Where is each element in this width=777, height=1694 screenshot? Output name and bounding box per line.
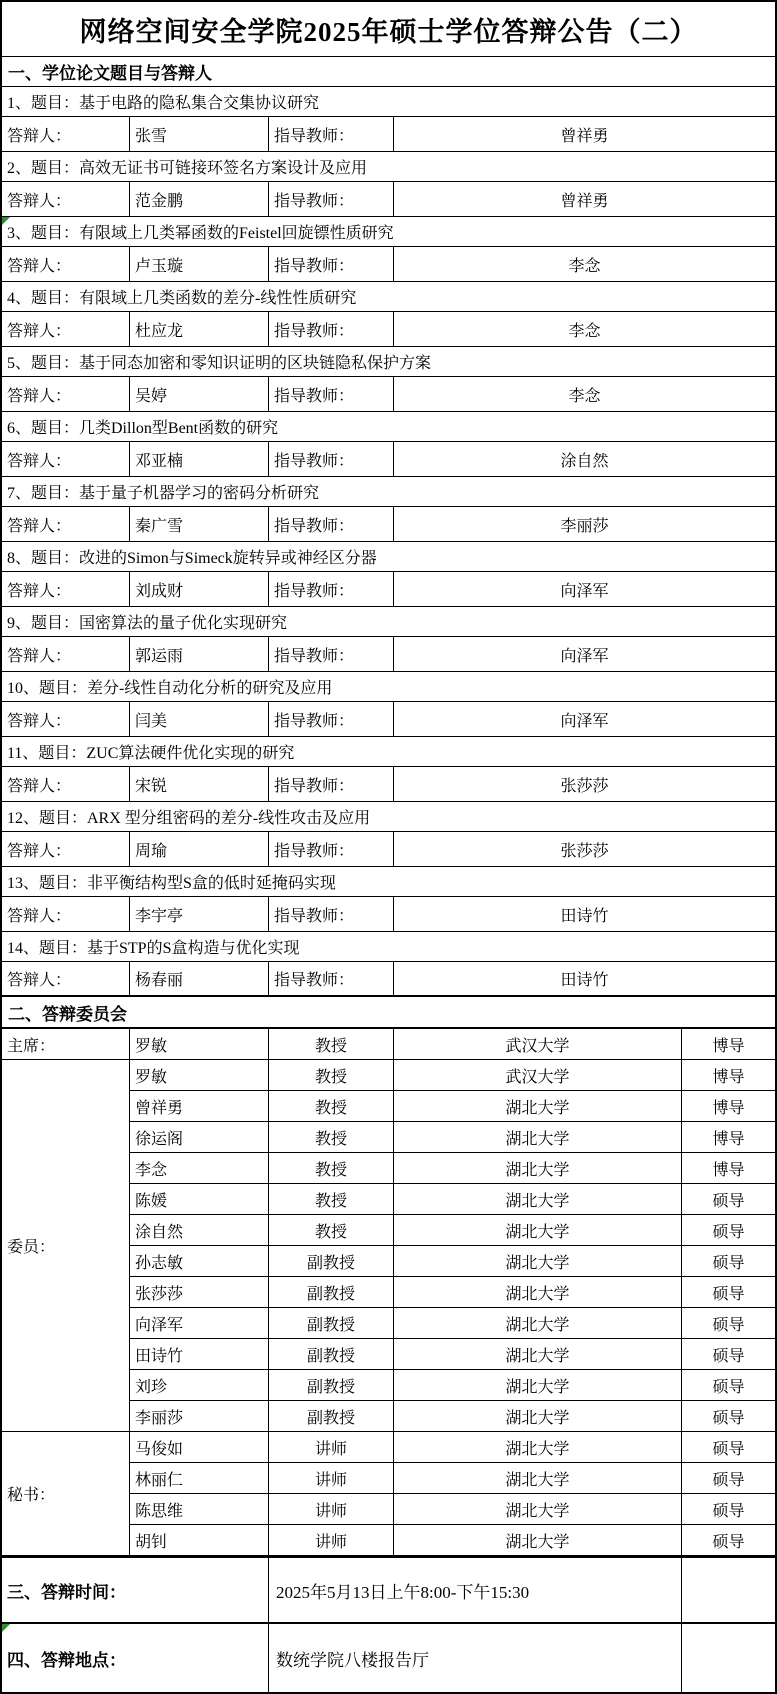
- committee-university: 湖北大学: [394, 1246, 682, 1277]
- committee-title: 讲师: [269, 1432, 394, 1463]
- advisor-name: 田诗竹: [394, 897, 775, 931]
- advisor-name: 李念: [394, 312, 775, 346]
- defender-label: 答辩人：: [2, 442, 130, 476]
- committee-name: 陈媛: [130, 1184, 269, 1215]
- defense-location-value: 数统学院八楼报告厅: [269, 1624, 682, 1692]
- defender-name: 李宇亭: [130, 897, 269, 931]
- committee-title: 教授: [269, 1153, 394, 1184]
- committee-mentor: 博导: [682, 1122, 775, 1153]
- advisor-name: 张莎莎: [394, 832, 775, 866]
- committee-university: 武汉大学: [394, 1060, 682, 1091]
- committee-university: 湖北大学: [394, 1153, 682, 1184]
- defender-name: 张雪: [130, 117, 269, 151]
- thesis-title: 7、题目：基于量子机器学习的密码分析研究: [2, 480, 319, 503]
- section2-header: 二、答辩委员会: [2, 997, 775, 1029]
- defense-location-label: 四、答辩地点：: [2, 1624, 269, 1692]
- committee-title: 副教授: [269, 1277, 394, 1308]
- committee-university: 湖北大学: [394, 1339, 682, 1370]
- defender-label: 答辩人：: [2, 312, 130, 346]
- section1-header: 一、学位论文题目与答辩人: [2, 57, 775, 87]
- committee-mentor: 博导: [682, 1091, 775, 1122]
- thesis-title-row: 1、题目：基于电路的隐私集合交集协议研究: [2, 87, 775, 117]
- defender-name: 范金鹏: [130, 182, 269, 216]
- committee-university: 湖北大学: [394, 1184, 682, 1215]
- thesis-title-row: 14、题目：基于STP的S盒构造与优化实现: [2, 932, 775, 962]
- advisor-label: 指导教师：: [269, 897, 394, 931]
- defender-label: 答辩人：: [2, 182, 130, 216]
- defender-label: 答辩人：: [2, 117, 130, 151]
- advisor-label: 指导教师：: [269, 767, 394, 801]
- thesis-title: 9、题目：国密算法的量子优化实现研究: [2, 610, 287, 633]
- committee-title: 教授: [269, 1215, 394, 1246]
- thesis-title-row: 8、题目：改进的Simon与Simeck旋转异或神经区分器: [2, 542, 775, 572]
- thesis-title: 10、题目：差分-线性自动化分析的研究及应用: [2, 675, 332, 698]
- committee-mentor: 硕导: [682, 1525, 775, 1556]
- thesis-title: 2、题目：高效无证书可链接环签名方案设计及应用: [2, 155, 367, 178]
- defender-row: 答辩人：范金鹏指导教师：曾祥勇: [2, 182, 775, 217]
- defender-label: 答辩人：: [2, 507, 130, 541]
- cell-flag-icon: [2, 1624, 10, 1632]
- defender-name: 秦广雪: [130, 507, 269, 541]
- thesis-entries: 1、题目：基于电路的隐私集合交集协议研究答辩人：张雪指导教师：曾祥勇2、题目：高…: [2, 87, 775, 997]
- thesis-title-row: 13、题目：非平衡结构型S盒的低时延掩码实现: [2, 867, 775, 897]
- committee-title: 副教授: [269, 1246, 394, 1277]
- committee-title: 副教授: [269, 1370, 394, 1401]
- thesis-title-row: 5、题目：基于同态加密和零知识证明的区块链隐私保护方案: [2, 347, 775, 377]
- thesis-title-row: 6、题目：几类Dillon型Bent函数的研究: [2, 412, 775, 442]
- defender-label: 答辩人：: [2, 962, 130, 995]
- thesis-title: 12、题目：ARX 型分组密码的差分-线性攻击及应用: [2, 805, 370, 828]
- defender-name: 刘成财: [130, 572, 269, 606]
- defense-time-label: 三、答辩时间：: [2, 1558, 269, 1622]
- thesis-title: 3、题目：有限域上几类幂函数的Feistel回旋镖性质研究: [2, 220, 394, 243]
- committee-name: 林丽仁: [130, 1463, 269, 1494]
- committee-mentor: 硕导: [682, 1432, 775, 1463]
- committee-university: 武汉大学: [394, 1029, 682, 1060]
- thesis-title-row: 3、题目：有限域上几类幂函数的Feistel回旋镖性质研究: [2, 217, 775, 247]
- committee-university: 湖北大学: [394, 1463, 682, 1494]
- advisor-label: 指导教师：: [269, 572, 394, 606]
- defender-name: 宋锐: [130, 767, 269, 801]
- defender-row: 答辩人：郭运雨指导教师：向泽军: [2, 637, 775, 672]
- committee-title: 副教授: [269, 1308, 394, 1339]
- committee-name: 涂自然: [130, 1215, 269, 1246]
- advisor-name: 李念: [394, 377, 775, 411]
- defender-row: 答辩人：张雪指导教师：曾祥勇: [2, 117, 775, 152]
- defense-time-row: 三、答辩时间： 2025年5月13日上午8:00-下午15:30: [2, 1556, 775, 1624]
- advisor-label: 指导教师：: [269, 312, 394, 346]
- committee-title: 讲师: [269, 1494, 394, 1525]
- defender-row: 答辩人：卢玉璇指导教师：李念: [2, 247, 775, 282]
- defender-row: 答辩人：周瑜指导教师：张莎莎: [2, 832, 775, 867]
- defender-label: 答辩人：: [2, 767, 130, 801]
- committee-university: 湖北大学: [394, 1215, 682, 1246]
- committee-title: 教授: [269, 1122, 394, 1153]
- defender-row: 答辩人：刘成财指导教师：向泽军: [2, 572, 775, 607]
- committee-university: 湖北大学: [394, 1091, 682, 1122]
- defender-name: 闫美: [130, 702, 269, 736]
- committee-university: 湖北大学: [394, 1432, 682, 1463]
- advisor-name: 曾祥勇: [394, 182, 775, 216]
- cell-flag-icon: [2, 217, 10, 225]
- advisor-label: 指导教师：: [269, 442, 394, 476]
- advisor-name: 李念: [394, 247, 775, 281]
- advisor-label: 指导教师：: [269, 182, 394, 216]
- advisor-label: 指导教师：: [269, 832, 394, 866]
- committee-mentor: 硕导: [682, 1339, 775, 1370]
- defender-label: 答辩人：: [2, 832, 130, 866]
- advisor-label: 指导教师：: [269, 247, 394, 281]
- committee-name: 曾祥勇: [130, 1091, 269, 1122]
- defender-label: 答辩人：: [2, 247, 130, 281]
- committee-university: 湖北大学: [394, 1370, 682, 1401]
- committee-name: 田诗竹: [130, 1339, 269, 1370]
- committee-title: 副教授: [269, 1401, 394, 1432]
- committee-mentor: 硕导: [682, 1246, 775, 1277]
- advisor-name: 田诗竹: [394, 962, 775, 995]
- committee-mentor: 博导: [682, 1060, 775, 1091]
- advisor-label: 指导教师：: [269, 702, 394, 736]
- defender-label: 答辩人：: [2, 377, 130, 411]
- committee-name: 胡钊: [130, 1525, 269, 1556]
- committee-university: 湖北大学: [394, 1308, 682, 1339]
- committee-university: 湖北大学: [394, 1525, 682, 1556]
- defender-label: 答辩人：: [2, 897, 130, 931]
- announcement-table: 网络空间安全学院2025年硕士学位答辩公告（二） 一、学位论文题目与答辩人 1、…: [0, 0, 777, 1694]
- defender-row: 答辩人：秦广雪指导教师：李丽莎: [2, 507, 775, 542]
- advisor-label: 指导教师：: [269, 377, 394, 411]
- advisor-label: 指导教师：: [269, 117, 394, 151]
- thesis-title-row: 12、题目：ARX 型分组密码的差分-线性攻击及应用: [2, 802, 775, 832]
- committee-university: 湖北大学: [394, 1277, 682, 1308]
- defender-label: 答辩人：: [2, 637, 130, 671]
- advisor-label: 指导教师：: [269, 637, 394, 671]
- defender-name: 卢玉璇: [130, 247, 269, 281]
- defender-name: 邓亚楠: [130, 442, 269, 476]
- members-label: 委员：: [2, 1060, 130, 1432]
- advisor-name: 张莎莎: [394, 767, 775, 801]
- committee-mentor: 硕导: [682, 1308, 775, 1339]
- committee-name: 徐运阁: [130, 1122, 269, 1153]
- committee-name: 罗敏: [130, 1029, 269, 1060]
- committee-university: 湖北大学: [394, 1401, 682, 1432]
- advisor-label: 指导教师：: [269, 507, 394, 541]
- advisor-name: 向泽军: [394, 702, 775, 736]
- committee-name: 孙志敏: [130, 1246, 269, 1277]
- empty-cell: [682, 1558, 775, 1622]
- defender-name: 郭运雨: [130, 637, 269, 671]
- defender-row: 答辩人：邓亚楠指导教师：涂自然: [2, 442, 775, 477]
- committee-mentor: 硕导: [682, 1184, 775, 1215]
- empty-cell: [682, 1624, 775, 1692]
- committee-grid: 主席：罗敏教授武汉大学博导委员：罗敏教授武汉大学博导曾祥勇教授湖北大学博导徐运阁…: [2, 1029, 775, 1556]
- thesis-title-row: 7、题目：基于量子机器学习的密码分析研究: [2, 477, 775, 507]
- secretaries-label: 秘书：: [2, 1432, 130, 1556]
- defender-row: 答辩人：杨春丽指导教师：田诗竹: [2, 962, 775, 997]
- thesis-title: 11、题目：ZUC算法硬件优化实现的研究: [2, 740, 294, 763]
- chair-label: 主席：: [2, 1029, 130, 1060]
- thesis-title-row: 10、题目：差分-线性自动化分析的研究及应用: [2, 672, 775, 702]
- thesis-title-row: 2、题目：高效无证书可链接环签名方案设计及应用: [2, 152, 775, 182]
- thesis-title: 5、题目：基于同态加密和零知识证明的区块链隐私保护方案: [2, 350, 431, 373]
- thesis-title: 13、题目：非平衡结构型S盒的低时延掩码实现: [2, 870, 336, 893]
- defender-name: 吴婷: [130, 377, 269, 411]
- committee-mentor: 博导: [682, 1153, 775, 1184]
- committee-title: 副教授: [269, 1339, 394, 1370]
- page-title: 网络空间安全学院2025年硕士学位答辩公告（二）: [2, 2, 775, 57]
- committee-mentor: 硕导: [682, 1215, 775, 1246]
- defender-row: 答辩人：李宇亭指导教师：田诗竹: [2, 897, 775, 932]
- committee-mentor: 硕导: [682, 1463, 775, 1494]
- committee-title: 教授: [269, 1029, 394, 1060]
- defender-name: 杨春丽: [130, 962, 269, 995]
- committee-name: 向泽军: [130, 1308, 269, 1339]
- thesis-title-row: 9、题目：国密算法的量子优化实现研究: [2, 607, 775, 637]
- committee-name: 刘珍: [130, 1370, 269, 1401]
- thesis-title: 1、题目：基于电路的隐私集合交集协议研究: [2, 90, 319, 113]
- committee-name: 张莎莎: [130, 1277, 269, 1308]
- defender-name: 杜应龙: [130, 312, 269, 346]
- defense-location-row: 四、答辩地点： 数统学院八楼报告厅: [2, 1624, 775, 1692]
- advisor-name: 向泽军: [394, 637, 775, 671]
- defense-time-value: 2025年5月13日上午8:00-下午15:30: [269, 1558, 682, 1622]
- thesis-title: 14、题目：基于STP的S盒构造与优化实现: [2, 935, 299, 958]
- committee-university: 湖北大学: [394, 1494, 682, 1525]
- committee-title: 讲师: [269, 1463, 394, 1494]
- committee-title: 教授: [269, 1184, 394, 1215]
- defender-name: 周瑜: [130, 832, 269, 866]
- defender-label: 答辩人：: [2, 702, 130, 736]
- defender-label: 答辩人：: [2, 572, 130, 606]
- defender-row: 答辩人：杜应龙指导教师：李念: [2, 312, 775, 347]
- thesis-title: 6、题目：几类Dillon型Bent函数的研究: [2, 415, 278, 438]
- committee-mentor: 博导: [682, 1029, 775, 1060]
- committee-name: 李丽莎: [130, 1401, 269, 1432]
- thesis-title-row: 4、题目：有限域上几类函数的差分-线性性质研究: [2, 282, 775, 312]
- advisor-name: 向泽军: [394, 572, 775, 606]
- defender-row: 答辩人：闫美指导教师：向泽军: [2, 702, 775, 737]
- defender-row: 答辩人：宋锐指导教师：张莎莎: [2, 767, 775, 802]
- committee-mentor: 硕导: [682, 1494, 775, 1525]
- committee-name: 李念: [130, 1153, 269, 1184]
- committee-title: 讲师: [269, 1525, 394, 1556]
- committee-title: 教授: [269, 1091, 394, 1122]
- thesis-title: 8、题目：改进的Simon与Simeck旋转异或神经区分器: [2, 545, 377, 568]
- thesis-title: 4、题目：有限域上几类函数的差分-线性性质研究: [2, 285, 356, 308]
- advisor-name: 曾祥勇: [394, 117, 775, 151]
- committee-mentor: 硕导: [682, 1370, 775, 1401]
- committee-name: 罗敏: [130, 1060, 269, 1091]
- advisor-label: 指导教师：: [269, 962, 394, 995]
- advisor-name: 涂自然: [394, 442, 775, 476]
- advisor-name: 李丽莎: [394, 507, 775, 541]
- defender-row: 答辩人：吴婷指导教师：李念: [2, 377, 775, 412]
- committee-mentor: 硕导: [682, 1277, 775, 1308]
- committee-university: 湖北大学: [394, 1122, 682, 1153]
- committee-name: 陈思维: [130, 1494, 269, 1525]
- committee-name: 马俊如: [130, 1432, 269, 1463]
- committee-mentor: 硕导: [682, 1401, 775, 1432]
- committee-title: 教授: [269, 1060, 394, 1091]
- thesis-title-row: 11、题目：ZUC算法硬件优化实现的研究: [2, 737, 775, 767]
